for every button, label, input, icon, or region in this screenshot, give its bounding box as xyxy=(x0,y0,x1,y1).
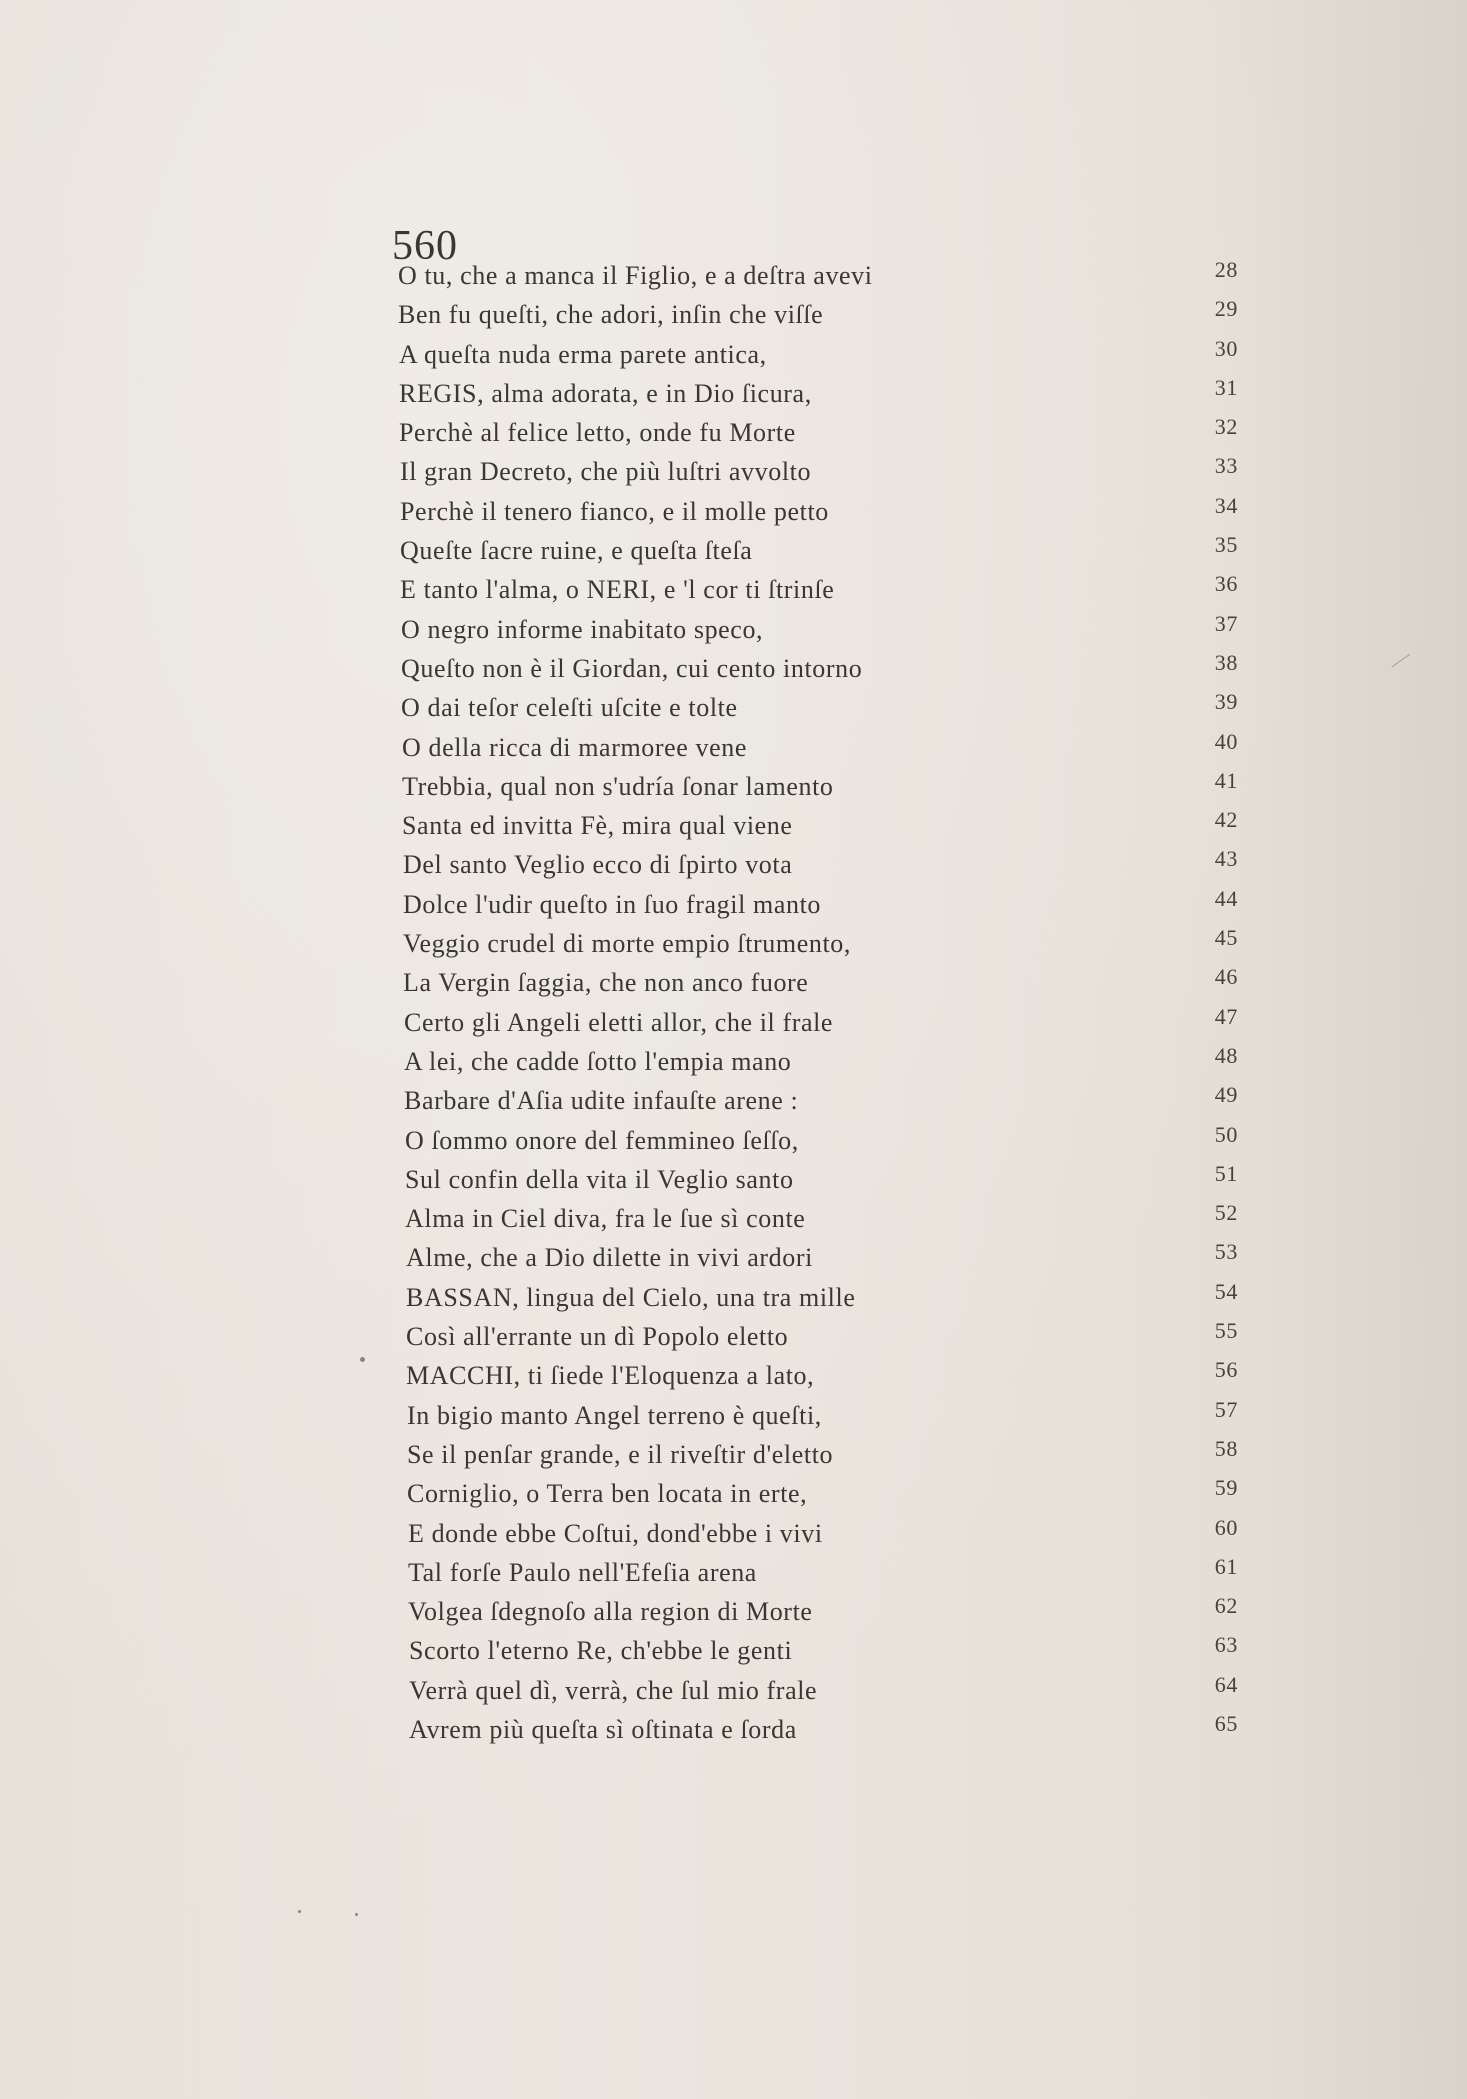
paper-speck xyxy=(360,1357,365,1362)
paper-mark xyxy=(1392,654,1411,667)
index-entry: O dai teſor celeſti uſcite e tolte39 xyxy=(398,688,1238,727)
index-entry: Sul confin della vita il Veglio santo51 xyxy=(398,1160,1238,1199)
index-entry: O negro informe inabitato speco,37 xyxy=(398,610,1238,649)
verse-incipit: Dolce l'udir queſto in ſuo fragil manto xyxy=(403,885,821,924)
verse-incipit: Trebbia, qual non s'udría ſonar lamento xyxy=(402,767,834,806)
index-entry: Del santo Veglio ecco di ſpirto vota43 xyxy=(398,845,1238,884)
index-entry: O ſommo onore del femmineo ſeſſo,50 xyxy=(398,1121,1238,1160)
verse-incipit: Volgea ſdegnoſo alla region di Morte xyxy=(408,1592,813,1631)
verse-incipit: Queſto non è il Giordan, cui cento intor… xyxy=(401,649,862,688)
index-entry: REGIS, alma adorata, e in Dio ſicura,31 xyxy=(398,374,1238,413)
poem-number: 58 xyxy=(1215,1429,1238,1468)
book-page: 560 O tu, che a manca il Figlio, e a deſ… xyxy=(0,0,1467,2099)
poem-number: 34 xyxy=(1215,486,1238,525)
poem-number: 44 xyxy=(1215,879,1238,918)
poem-number: 55 xyxy=(1215,1311,1238,1350)
index-entry: O tu, che a manca il Figlio, e a deſtra … xyxy=(398,256,1238,295)
poem-number: 53 xyxy=(1215,1232,1238,1271)
poem-number: 36 xyxy=(1215,564,1238,603)
index-entry: Avrem più queſta sì oſtinata e ſorda65 xyxy=(398,1710,1238,1749)
poem-number: 41 xyxy=(1215,761,1238,800)
index-entry: Veggio crudel di morte empio ſtrumento,4… xyxy=(398,924,1238,963)
index-entry: A lei, che cadde ſotto l'empia mano48 xyxy=(398,1042,1238,1081)
index-entry: Ben fu queſti, che adori, inſin che viſſ… xyxy=(398,295,1238,334)
verse-incipit: O della ricca di marmoree vene xyxy=(402,728,747,767)
poem-number: 33 xyxy=(1215,446,1238,485)
verse-incipit: Corniglio, o Terra ben locata in erte, xyxy=(407,1474,807,1513)
index-entry: Corniglio, o Terra ben locata in erte,59 xyxy=(398,1474,1238,1513)
verse-incipit: O dai teſor celeſti uſcite e tolte xyxy=(401,688,738,727)
verse-incipit: La Vergin ſaggia, che non anco fuore xyxy=(403,963,808,1002)
verse-incipit: Avrem più queſta sì oſtinata e ſorda xyxy=(409,1710,797,1749)
verse-incipit: Perchè al felice letto, onde fu Morte xyxy=(399,413,796,452)
poem-number: 45 xyxy=(1215,918,1238,957)
poem-number: 39 xyxy=(1215,682,1238,721)
verse-incipit: A queſta nuda erma parete antica, xyxy=(399,335,767,374)
poem-number: 40 xyxy=(1215,722,1238,761)
verse-incipit: Scorto l'eterno Re, ch'ebbe le genti xyxy=(409,1631,792,1670)
poem-number: 60 xyxy=(1215,1508,1238,1547)
index-entry: E donde ebbe Coſtui, dond'ebbe i vivi60 xyxy=(398,1514,1238,1553)
index-entry: Alme, che a Dio dilette in vivi ardori53 xyxy=(398,1238,1238,1277)
index-entry: Perchè al felice letto, onde fu Morte32 xyxy=(398,413,1238,452)
verse-index-list: O tu, che a manca il Figlio, e a deſtra … xyxy=(398,256,1238,1749)
index-entry: Trebbia, qual non s'udría ſonar lamento4… xyxy=(398,767,1238,806)
paper-speck xyxy=(298,1910,301,1913)
poem-number: 35 xyxy=(1215,525,1238,564)
verse-incipit: Alme, che a Dio dilette in vivi ardori xyxy=(406,1238,813,1277)
poem-number: 49 xyxy=(1215,1075,1238,1114)
index-entry: BASSAN, lingua del Cielo, una tra mille5… xyxy=(398,1278,1238,1317)
index-entry: Queſto non è il Giordan, cui cento intor… xyxy=(398,649,1238,688)
verse-incipit: A lei, che cadde ſotto l'empia mano xyxy=(404,1042,791,1081)
verse-incipit: Tal forſe Paulo nell'Efeſia arena xyxy=(408,1553,757,1592)
poem-number: 42 xyxy=(1215,800,1238,839)
poem-number: 29 xyxy=(1215,289,1238,328)
poem-number: 51 xyxy=(1215,1154,1238,1193)
index-entry: Dolce l'udir queſto in ſuo fragil manto4… xyxy=(398,885,1238,924)
verse-incipit: In bigio manto Angel terreno è queſti, xyxy=(407,1396,822,1435)
verse-incipit: Perchè il tenero fianco, e il molle pett… xyxy=(400,492,829,531)
verse-incipit: Così all'errante un dì Popolo eletto xyxy=(406,1317,788,1356)
index-entry: Il gran Decreto, che più luſtri avvolto3… xyxy=(398,452,1238,491)
verse-incipit: Verrà quel dì, verrà, che ſul mio frale xyxy=(409,1671,817,1710)
index-entry: Tal forſe Paulo nell'Efeſia arena61 xyxy=(398,1553,1238,1592)
index-entry: Barbare d'Aſia udite infauſte arene :49 xyxy=(398,1081,1238,1120)
verse-incipit: O tu, che a manca il Figlio, e a deſtra … xyxy=(398,256,873,295)
verse-incipit: MACCHI, ti ſiede l'Eloquenza a lato, xyxy=(406,1356,814,1395)
verse-incipit: Sul confin della vita il Veglio santo xyxy=(405,1160,794,1199)
index-entry: Santa ed invitta Fè, mira qual viene42 xyxy=(398,806,1238,845)
poem-number: 38 xyxy=(1215,643,1238,682)
paper-speck xyxy=(355,1913,358,1916)
poem-number: 30 xyxy=(1215,329,1238,368)
verse-incipit: Ben fu queſti, che adori, inſin che viſſ… xyxy=(398,295,823,334)
poem-number: 43 xyxy=(1215,839,1238,878)
poem-number: 65 xyxy=(1215,1704,1238,1743)
verse-incipit: Il gran Decreto, che più luſtri avvolto xyxy=(400,452,811,491)
verse-incipit: Se il penſar grande, e il riveſtir d'ele… xyxy=(407,1435,833,1474)
index-entry: Così all'errante un dì Popolo eletto55 xyxy=(398,1317,1238,1356)
poem-number: 61 xyxy=(1215,1547,1238,1586)
index-entry: Perchè il tenero fianco, e il molle pett… xyxy=(398,492,1238,531)
index-entry: Scorto l'eterno Re, ch'ebbe le genti63 xyxy=(398,1631,1238,1670)
verse-incipit: E tanto l'alma, o NERI, e 'l cor ti ſtri… xyxy=(400,570,834,609)
poem-number: 50 xyxy=(1215,1115,1238,1154)
poem-number: 37 xyxy=(1215,604,1238,643)
poem-number: 59 xyxy=(1215,1468,1238,1507)
index-entry: Se il penſar grande, e il riveſtir d'ele… xyxy=(398,1435,1238,1474)
verse-incipit: O negro informe inabitato speco, xyxy=(401,610,763,649)
poem-number: 52 xyxy=(1215,1193,1238,1232)
poem-number: 57 xyxy=(1215,1390,1238,1429)
poem-number: 64 xyxy=(1215,1665,1238,1704)
verse-incipit: Alma in Ciel diva, fra le ſue sì conte xyxy=(405,1199,805,1238)
index-entry: MACCHI, ti ſiede l'Eloquenza a lato,56 xyxy=(398,1356,1238,1395)
poem-number: 63 xyxy=(1215,1625,1238,1664)
index-entry: Certo gli Angeli eletti allor, che il fr… xyxy=(398,1003,1238,1042)
verse-incipit: Barbare d'Aſia udite infauſte arene : xyxy=(404,1081,798,1120)
poem-number: 46 xyxy=(1215,957,1238,996)
index-entry: E tanto l'alma, o NERI, e 'l cor ti ſtri… xyxy=(398,570,1238,609)
verse-incipit: Certo gli Angeli eletti allor, che il fr… xyxy=(404,1003,833,1042)
poem-number: 48 xyxy=(1215,1036,1238,1075)
verse-incipit: Del santo Veglio ecco di ſpirto vota xyxy=(403,845,792,884)
verse-incipit: E donde ebbe Coſtui, dond'ebbe i vivi xyxy=(408,1514,823,1553)
index-entry: In bigio manto Angel terreno è queſti,57 xyxy=(398,1396,1238,1435)
poem-number: 31 xyxy=(1215,368,1238,407)
verse-incipit: O ſommo onore del femmineo ſeſſo, xyxy=(405,1121,799,1160)
index-entry: A queſta nuda erma parete antica,30 xyxy=(398,335,1238,374)
verse-incipit: Queſte ſacre ruine, e queſta ſteſa xyxy=(400,531,752,570)
index-entry: Verrà quel dì, verrà, che ſul mio frale6… xyxy=(398,1671,1238,1710)
poem-number: 47 xyxy=(1215,997,1238,1036)
verse-incipit: Veggio crudel di morte empio ſtrumento, xyxy=(403,924,851,963)
verse-incipit: BASSAN, lingua del Cielo, una tra mille xyxy=(406,1278,855,1317)
poem-number: 32 xyxy=(1215,407,1238,446)
index-entry: Queſte ſacre ruine, e queſta ſteſa35 xyxy=(398,531,1238,570)
poem-number: 62 xyxy=(1215,1586,1238,1625)
index-entry: Volgea ſdegnoſo alla region di Morte62 xyxy=(398,1592,1238,1631)
index-entry: Alma in Ciel diva, fra le ſue sì conte52 xyxy=(398,1199,1238,1238)
poem-number: 56 xyxy=(1215,1350,1238,1389)
index-entry: O della ricca di marmoree vene40 xyxy=(398,728,1238,767)
index-entry: La Vergin ſaggia, che non anco fuore46 xyxy=(398,963,1238,1002)
verse-incipit: REGIS, alma adorata, e in Dio ſicura, xyxy=(399,374,812,413)
verse-incipit: Santa ed invitta Fè, mira qual viene xyxy=(402,806,793,845)
poem-number: 28 xyxy=(1215,250,1238,289)
poem-number: 54 xyxy=(1215,1272,1238,1311)
